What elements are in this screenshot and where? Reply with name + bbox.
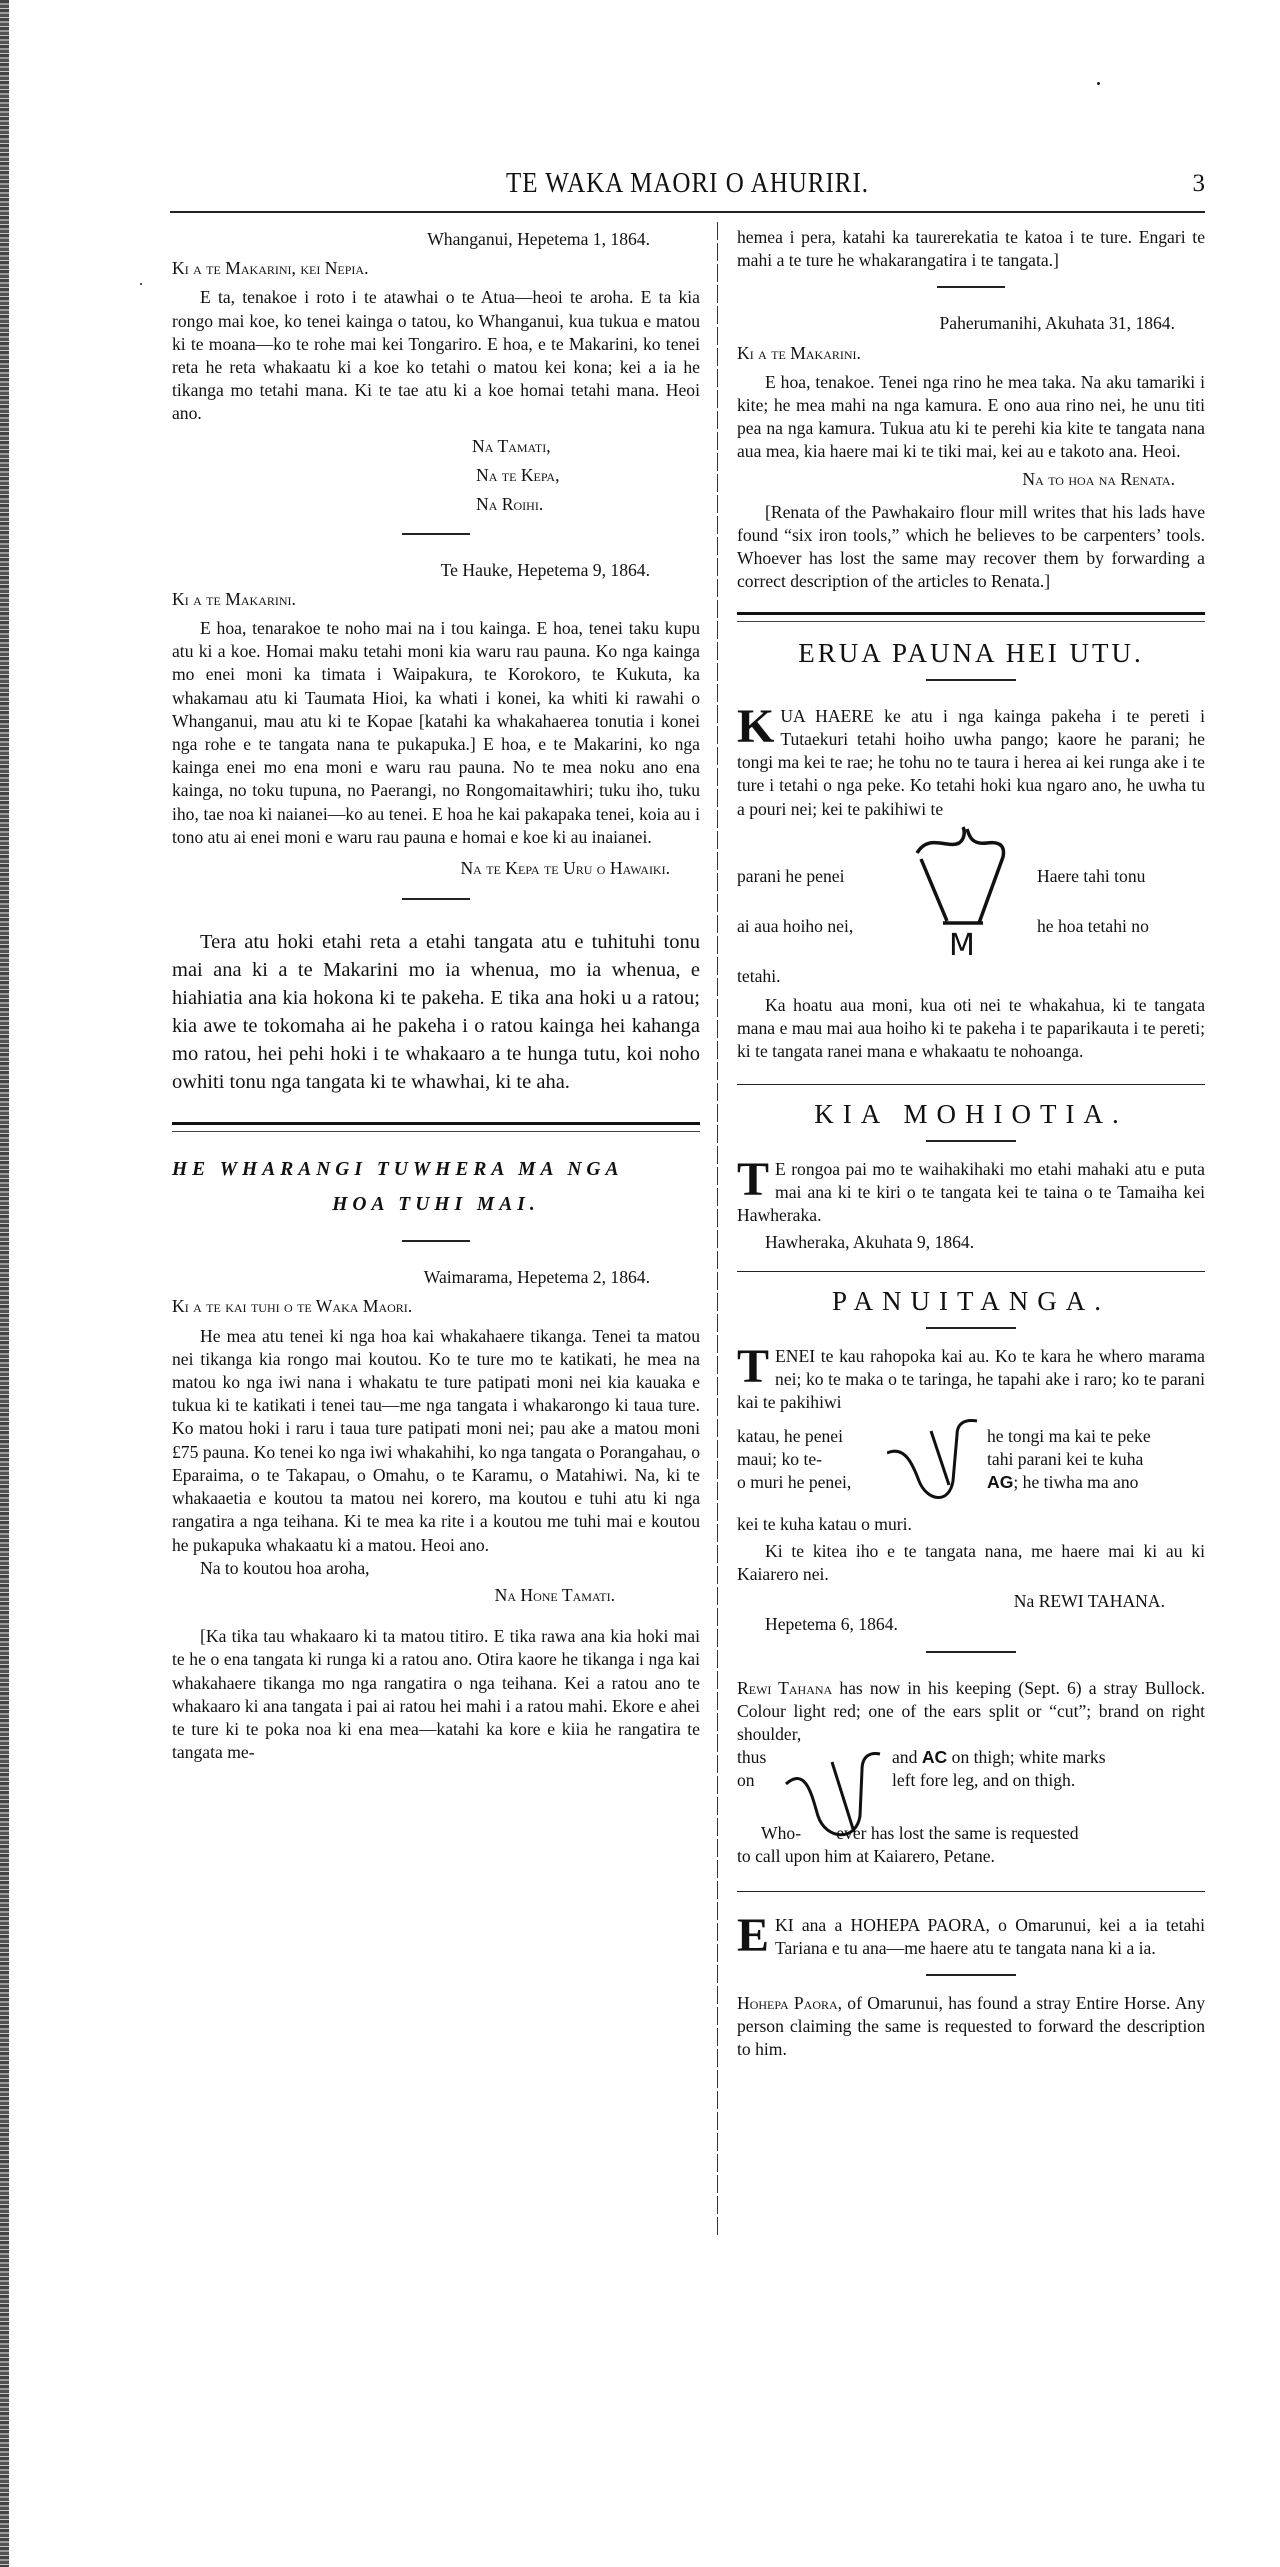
signature: Na te Kepa te Uru o Hawaiki. (172, 857, 700, 880)
brand-left-text: katau, he penei maui; ko te- o muri he p… (737, 1425, 887, 1495)
separator-rule (926, 679, 1016, 681)
cattle-brand-icon (887, 1415, 987, 1505)
signature: Na to hoa na Renata. (737, 468, 1205, 491)
scan-border (0, 0, 9, 2567)
brand-illustration-row: parani he penei ai aua hoiho nei, M Haer… (737, 825, 1205, 965)
letter-body: E hoa, tenakoe. Tenei nga rino he mea ta… (737, 371, 1205, 464)
open-page-section: HE WHARANGI TUWHERA MA NGA HOA TUHI MAI.… (172, 1152, 700, 1764)
body-text: tetahi. (737, 965, 1205, 988)
text-line: on (737, 1769, 782, 1792)
lead-words: KI ana a HOHEPA PAORA, o Omarunui, (775, 1915, 1091, 1935)
closing: Na to koutou hoa aroha, (172, 1557, 700, 1580)
brand-left-text: thus on (737, 1746, 782, 1792)
notice-body: Rewi Tahana has now in his keeping (Sept… (737, 1677, 1205, 1747)
separator-rule (926, 1327, 1016, 1329)
section-rule (172, 1122, 700, 1132)
body-text: rongoa pai mo te waihakihaki mo etahi ma… (737, 1159, 1205, 1225)
separator-rule (402, 533, 470, 535)
scan-speck (1097, 82, 1100, 85)
separator-rule (926, 1651, 1016, 1653)
notice-body: TENEI te kau rahopoka kai au. Ko te kara… (737, 1345, 1205, 1415)
letter-body: He mea atu tenei ki nga hoa kai whakahae… (172, 1325, 700, 1557)
text-line: ; he tiwha ma ano (1013, 1472, 1138, 1492)
section-heading: PANUITANGA. (737, 1290, 1205, 1313)
signature: Na REWI TAHANA. (737, 1590, 1205, 1613)
text-line: Haere tahi tonu (1037, 851, 1205, 901)
addressee: Ki a te Makarini. (172, 588, 700, 611)
brand-right-text: he tongi ma kai te peke tahi parani kei … (987, 1425, 1205, 1495)
column-divider (717, 222, 718, 2237)
text-line: ever has lost the same is requested (836, 1823, 1078, 1843)
section-rule (737, 1891, 1205, 1892)
heading-line: HOA TUHI MAI. (172, 1187, 700, 1222)
owner-name: Rewi Tahana (737, 1678, 832, 1698)
body-text: Ka hoatu aua moni, kua oti nei te whakah… (737, 994, 1205, 1064)
editor-note: [Ka tika tau whakaaro ki ta matou titiro… (172, 1625, 700, 1764)
brand-right-text: Haere tahi tonu he hoa tetahi no (1037, 839, 1205, 951)
lead-words: UA HAERE (780, 706, 873, 726)
letter-te-hauke: Te Hauke, Hepetema 9, 1864. Ki a te Maka… (172, 559, 700, 881)
brand-mark: AG (987, 1472, 1013, 1492)
letter-paherumanihi: Paherumanihi, Akuhata 31, 1864. Ki a te … (737, 312, 1205, 593)
text-line: ai aua hoiho nei, (737, 901, 907, 951)
drop-cap: T (737, 1160, 769, 1200)
kia-mohiotia-notice: KIA MOHIOTIA. TE rongoa pai mo te waihak… (737, 1103, 1205, 1255)
brand-left-text: parani he penei ai aua hoiho nei, (737, 839, 907, 951)
letter-body: E hoa, tenarakoe te noho mai na i tou ka… (172, 617, 700, 849)
brand-illustration-row: katau, he penei maui; ko te- o muri he p… (737, 1415, 1205, 1505)
masthead: TE WAKA MAORI O AHURIRI. 3 (170, 168, 1205, 204)
section-heading: HE WHARANGI TUWHERA MA NGA HOA TUHI MAI. (172, 1152, 700, 1222)
section-heading: KIA MOHIOTIA. (737, 1103, 1205, 1126)
lead-words: ENEI (775, 1346, 815, 1366)
signature: Na Tamati, (472, 432, 700, 461)
separator-rule (937, 286, 1005, 288)
section-rule (737, 1084, 1205, 1085)
newspaper-title: TE WAKA MAORI O AHURIRI. (170, 168, 1205, 200)
dateline: Paherumanihi, Akuhata 31, 1864. (737, 312, 1205, 335)
header-rule (170, 211, 1205, 213)
text-line: he tongi ma kai te peke (987, 1425, 1205, 1448)
hohepa-paora-notice: EKI ana a HOHEPA PAORA, o Omarunui, kei … (737, 1914, 1205, 2062)
brand-right-text: and AC on thigh; white marks left fore l… (892, 1746, 1205, 1792)
panuitanga-notice: PANUITANGA. TENEI te kau rahopoka kai au… (737, 1290, 1205, 1637)
reward-body: KUA HAERE ke atu i nga kainga pakeha i t… (737, 705, 1205, 821)
drop-cap: T (737, 1347, 769, 1387)
signature: Na Hone Tamati. (172, 1584, 700, 1607)
letter-body: E ta, tenakoe i roto i te atawhai o te A… (172, 286, 700, 425)
separator-rule (402, 898, 470, 900)
english-translation: [Renata of the Pawhakairo flour mill wri… (737, 501, 1205, 594)
reward-notice: ERUA PAUNA HEI UTU. KUA HAERE ke atu i n… (737, 642, 1205, 1064)
dateline: Waimarama, Hepetema 2, 1864. (172, 1266, 700, 1289)
body-text: Who- ever has lost the same is requested (737, 1822, 1205, 1845)
signatures: Na Tamati, Na te Kepa, Na Roihi. (472, 432, 700, 519)
left-column: Whanganui, Hepetema 1, 1864. Ki a te Mak… (172, 226, 700, 1764)
drop-cap: E (737, 1916, 769, 1956)
section-rule (737, 612, 1205, 622)
editor-note-continued: hemea i pera, katahi ka taurerekatia te … (737, 226, 1205, 272)
text-line: o muri he penei, (737, 1471, 887, 1494)
text-line: on thigh; white marks (952, 1747, 1106, 1767)
svg-text:M: M (949, 928, 975, 963)
english-stray-bullock-notice: Rewi Tahana has now in his keeping (Sept… (737, 1677, 1205, 1869)
body-text: Ki te kitea iho e te tangata nana, me ha… (737, 1540, 1205, 1586)
body-text: kei te kuha katau o muri. (737, 1513, 1205, 1536)
drop-cap: K (737, 707, 774, 747)
text-line: maui; ko te- (737, 1448, 887, 1471)
separator-rule (926, 1140, 1016, 1142)
dateline: Te Hauke, Hepetema 9, 1864. (172, 559, 700, 582)
scan-speck (140, 283, 142, 285)
brand-mark: AC (922, 1747, 947, 1767)
notice-body: TE rongoa pai mo te waihakihaki mo etahi… (737, 1158, 1205, 1228)
text-line: Who- (761, 1823, 801, 1843)
section-rule (737, 1271, 1205, 1272)
letter-whanganui: Whanganui, Hepetema 1, 1864. Ki a te Mak… (172, 228, 700, 519)
horse-brand-icon: M (907, 825, 1037, 965)
editorial-paragraph: Tera atu hoki etahi reta a etahi tangata… (172, 928, 700, 1096)
page-number: 3 (1193, 170, 1206, 198)
heading-line: HE WHARANGI TUWHERA MA NGA (172, 1159, 623, 1180)
signature: Na Roihi. (472, 490, 700, 519)
owner-name: Hohepa Paora (737, 1993, 838, 2013)
separator-rule (926, 1974, 1016, 1976)
text-line: he hoa tetahi no (1037, 901, 1205, 951)
text-line: left fore leg, and on thigh. (892, 1769, 1205, 1792)
right-column: hemea i pera, katahi ka taurerekatia te … (737, 226, 1205, 2062)
addressee: Ki a te Makarini. (737, 342, 1205, 365)
text-line: thus (737, 1746, 782, 1769)
dateline: Whanganui, Hepetema 1, 1864. (172, 228, 700, 251)
dateline: Hawheraka, Akuhata 9, 1864. (737, 1231, 1205, 1254)
lead-words: E (775, 1159, 786, 1179)
dateline: Hepetema 6, 1864. (737, 1613, 1205, 1636)
english-body: Hohepa Paora, of Omarunui, has found a s… (737, 1992, 1205, 2062)
signature: Na te Kepa, (472, 461, 700, 490)
body-text: to call upon him at Kaiarero, Petane. (737, 1845, 1205, 1868)
text-line: parani he penei (737, 851, 907, 901)
text-line: katau, he penei (737, 1425, 887, 1448)
addressee: Ki a te Makarini, kei Nepia. (172, 257, 700, 280)
addressee: Ki a te kai tuhi o te Waka Maori. (172, 1295, 700, 1318)
separator-rule (402, 1240, 470, 1242)
text-line: tahi parani kei te kuha (987, 1448, 1205, 1471)
text-line: and (892, 1747, 917, 1767)
section-heading: ERUA PAUNA HEI UTU. (737, 642, 1205, 665)
notice-body: EKI ana a HOHEPA PAORA, o Omarunui, kei … (737, 1914, 1205, 1960)
